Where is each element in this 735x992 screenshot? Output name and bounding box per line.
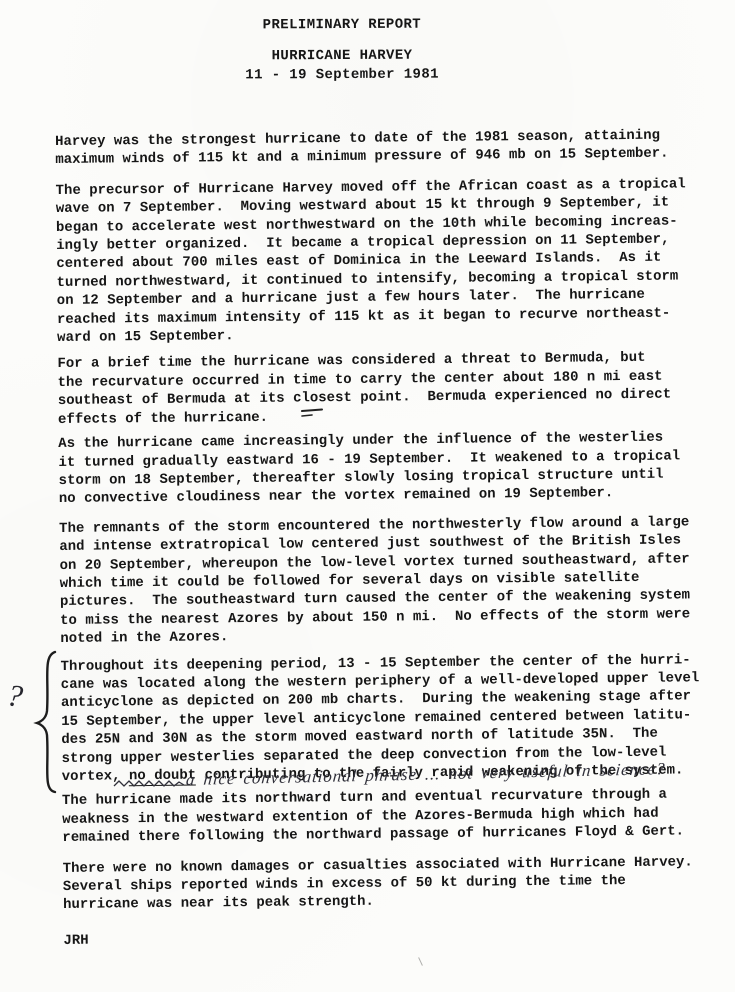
paragraph-4: As the hurricane came increasingly under… xyxy=(58,428,727,509)
paragraph-2: The precursor of Hurricane Harvey moved … xyxy=(56,175,726,348)
handwritten-squiggle-underline xyxy=(112,778,186,790)
paragraphs-container: Harvey was the strongest hurricane to da… xyxy=(55,126,731,915)
paragraph-8: There were no known damages or casualtie… xyxy=(63,853,732,915)
paragraph-7: The hurricane made its northward turn an… xyxy=(62,785,731,847)
scan-artifact-mark xyxy=(418,957,423,966)
signature-initials: JRH xyxy=(63,925,731,950)
report-page: PRELIMINARY REPORT HURRICANE HARVEY 11 -… xyxy=(0,0,735,992)
handwritten-brace-icon xyxy=(33,649,59,795)
date-range-title: 11 - 19 September 1981 xyxy=(0,64,684,85)
handwritten-question-mark-icon: ? xyxy=(5,679,25,712)
paragraph-3: For a brief time the hurricane was consi… xyxy=(57,348,726,429)
report-type-title: PRELIMINARY REPORT xyxy=(0,15,684,36)
document-body: Harvey was the strongest hurricane to da… xyxy=(55,126,732,950)
handwritten-dash-mark xyxy=(300,406,326,420)
report-header: PRELIMINARY REPORT HURRICANE HARVEY 11 -… xyxy=(0,15,684,86)
paragraph-5: The remnants of the storm encountered th… xyxy=(59,513,728,649)
paragraph-1: Harvey was the strongest hurricane to da… xyxy=(55,126,723,170)
